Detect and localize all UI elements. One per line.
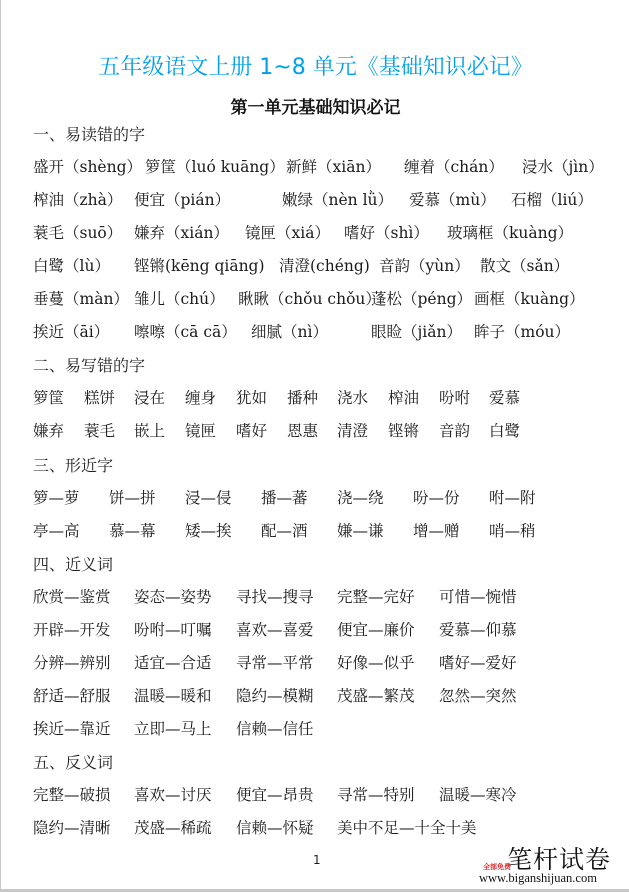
- synonym-pair: 便宜—廉价: [337, 618, 415, 640]
- miswrite-word: 铿锵: [388, 419, 419, 441]
- antonym-pair: 喜欢—讨厌: [134, 783, 212, 805]
- synonym-pair: 立即—马上: [134, 717, 212, 739]
- similar-pair: 吩—份: [413, 486, 460, 508]
- watermark: 笔杆试卷 全部免费 www.biganshijuan.com: [479, 840, 629, 888]
- misread-item: 爱慕（mù）: [409, 188, 496, 210]
- synonym-pair: 姿态—姿势: [134, 585, 212, 607]
- miswrite-word: 嫌弃: [33, 419, 64, 441]
- misread-item: 石榴（liú）: [511, 188, 593, 210]
- miswrite-word: 恩惠: [287, 419, 318, 441]
- misread-item: 嫩绿（nèn lǜ）: [282, 188, 393, 210]
- misread-item: 瞅瞅（chǒu chǒu）: [238, 287, 381, 309]
- similar-pair: 矮—挨: [185, 519, 232, 541]
- misread-item: 铿锵(kēng qiāng): [134, 254, 265, 276]
- misread-item: 缠着（chán）: [404, 155, 504, 177]
- synonym-pair: 好像—似乎: [337, 651, 415, 673]
- misread-item: 挨近（āi）: [33, 320, 109, 342]
- section-heading-easy-misread: 一、易读错的字: [33, 122, 145, 145]
- synonym-pair: 茂盛—繁茂: [337, 684, 415, 706]
- similar-pair: 配—酒: [261, 519, 308, 541]
- antonym-pair: 便宜—昂贵: [236, 783, 314, 805]
- synonym-pair: 隐约—模糊: [236, 684, 314, 706]
- misread-item: 垂蔓（màn）: [33, 287, 129, 309]
- section-heading-antonyms: 五、反义词: [33, 750, 113, 773]
- misread-item: 嚓嚓（cā cā）: [134, 320, 237, 342]
- misread-item: 雏儿（chú）: [134, 287, 225, 309]
- misread-item: 箩筐（luó kuāng）: [145, 155, 285, 177]
- synonym-pair: 喜欢—喜爱: [236, 618, 314, 640]
- similar-pair: 亭—高: [33, 519, 80, 541]
- miswrite-word: 音韵: [439, 419, 470, 441]
- misread-item: 镜匣（xiá）: [245, 221, 330, 243]
- misread-item: 音韵（yùn）: [379, 254, 470, 276]
- misread-item: 眸子（móu）: [474, 320, 570, 342]
- misread-item: 蓑毛（suō）: [33, 221, 122, 243]
- misread-item: 嗜好（shì）: [344, 221, 429, 243]
- miswrite-word: 糕饼: [84, 386, 115, 408]
- synonym-pair: 适宜—合适: [134, 651, 212, 673]
- miswrite-word: 蓑毛: [84, 419, 115, 441]
- unit-heading: 第一单元基础知识必记: [1, 93, 629, 118]
- section-heading-synonyms: 四、近义词: [33, 552, 113, 575]
- watermark-url: www.biganshijuan.com: [479, 871, 597, 886]
- miswrite-word: 清澄: [337, 419, 368, 441]
- misread-item: 白鹭（lù）: [33, 254, 110, 276]
- misread-item: 清澄(chéng): [279, 254, 370, 276]
- misread-item: 画框（kuàng）: [474, 287, 585, 309]
- similar-pair: 咐—附: [489, 486, 536, 508]
- misread-item: 散文（sǎn）: [480, 254, 569, 276]
- misread-item: 浸水（jìn）: [522, 155, 604, 177]
- similar-pair: 播—蕃: [261, 486, 308, 508]
- synonym-pair: 嗜好—爱好: [439, 651, 517, 673]
- antonym-pair: 茂盛—稀疏: [134, 816, 212, 838]
- miswrite-word: 播种: [287, 386, 318, 408]
- misread-item: 玻璃框（kuàng）: [447, 221, 573, 243]
- misread-item: 蓬松（péng）: [371, 287, 472, 309]
- miswrite-word: 吩咐: [439, 386, 470, 408]
- miswrite-word: 镜匣: [185, 419, 216, 441]
- similar-pair: 慕—幕: [109, 519, 156, 541]
- synonym-pair: 完整—完好: [337, 585, 415, 607]
- synonym-pair: 温暖—暖和: [134, 684, 212, 706]
- miswrite-word: 爱慕: [489, 386, 520, 408]
- miswrite-word: 嗜好: [236, 419, 267, 441]
- similar-pair: 嫌—谦: [337, 519, 384, 541]
- similar-pair: 浸—侵: [185, 486, 232, 508]
- antonym-pair: 隐约—清晰: [33, 816, 111, 838]
- synonym-pair: 开辟—开发: [33, 618, 111, 640]
- misread-item: 新鲜（xiān）: [286, 155, 381, 177]
- synonym-pair: 欣赏—鉴赏: [33, 585, 111, 607]
- similar-pair: 浇—绕: [337, 486, 384, 508]
- antonym-pair: 信赖—怀疑: [236, 816, 314, 838]
- miswrite-word: 缠身: [185, 386, 216, 408]
- synonym-pair: 吩咐—叮嘱: [134, 618, 212, 640]
- miswrite-word: 白鹭: [489, 419, 520, 441]
- document-page: 五年级语文上册 1~8 单元《基础知识必记》 第一单元基础知识必记 一、易读错的…: [0, 0, 629, 889]
- miswrite-word: 犹如: [236, 386, 267, 408]
- antonym-pair: 寻常—特别: [337, 783, 415, 805]
- synonym-pair: 寻找—搜寻: [236, 585, 314, 607]
- misread-item: 嫌弃（xián）: [134, 221, 229, 243]
- page-number: 1: [313, 853, 321, 867]
- synonym-pair: 舒适—舒服: [33, 684, 111, 706]
- misread-item: 细腻（nì）: [251, 320, 328, 342]
- synonym-pair: 分辨—辨别: [33, 651, 111, 673]
- miswrite-word: 浸在: [134, 386, 165, 408]
- synonym-pair: 忽然—突然: [439, 684, 517, 706]
- similar-pair: 哨—稍: [489, 519, 536, 541]
- similar-pair: 箩—萝: [33, 486, 80, 508]
- synonym-pair: 爱慕—仰慕: [439, 618, 517, 640]
- synonym-pair: 寻常—平常: [236, 651, 314, 673]
- misread-item: 盛开（shèng）: [33, 155, 142, 177]
- misread-item: 便宜（pián）: [134, 188, 230, 210]
- misread-item: 眼睑（jiǎn）: [371, 320, 462, 342]
- similar-pair: 增—赠: [413, 519, 460, 541]
- synonym-pair: 信赖—信任: [236, 717, 314, 739]
- synonym-pair: 挨近—靠近: [33, 717, 111, 739]
- miswrite-word: 嵌上: [134, 419, 165, 441]
- document-title: 五年级语文上册 1~8 单元《基础知识必记》: [1, 50, 629, 81]
- antonym-pair: 完整—破损: [33, 783, 111, 805]
- synonym-pair: 可惜—惋惜: [439, 585, 517, 607]
- section-heading-easy-miswrite: 二、易写错的字: [33, 353, 145, 376]
- misread-item: 榨油（zhà）: [33, 188, 122, 210]
- section-heading-similar-chars: 三、形近字: [33, 453, 113, 476]
- similar-pair: 饼—拼: [109, 486, 156, 508]
- miswrite-word: 榨油: [388, 386, 419, 408]
- antonym-pair: 温暖—寒冷: [439, 783, 517, 805]
- antonym-pair: 美中不足—十全十美: [337, 816, 477, 838]
- miswrite-word: 箩筐: [33, 386, 64, 408]
- miswrite-word: 浇水: [337, 386, 368, 408]
